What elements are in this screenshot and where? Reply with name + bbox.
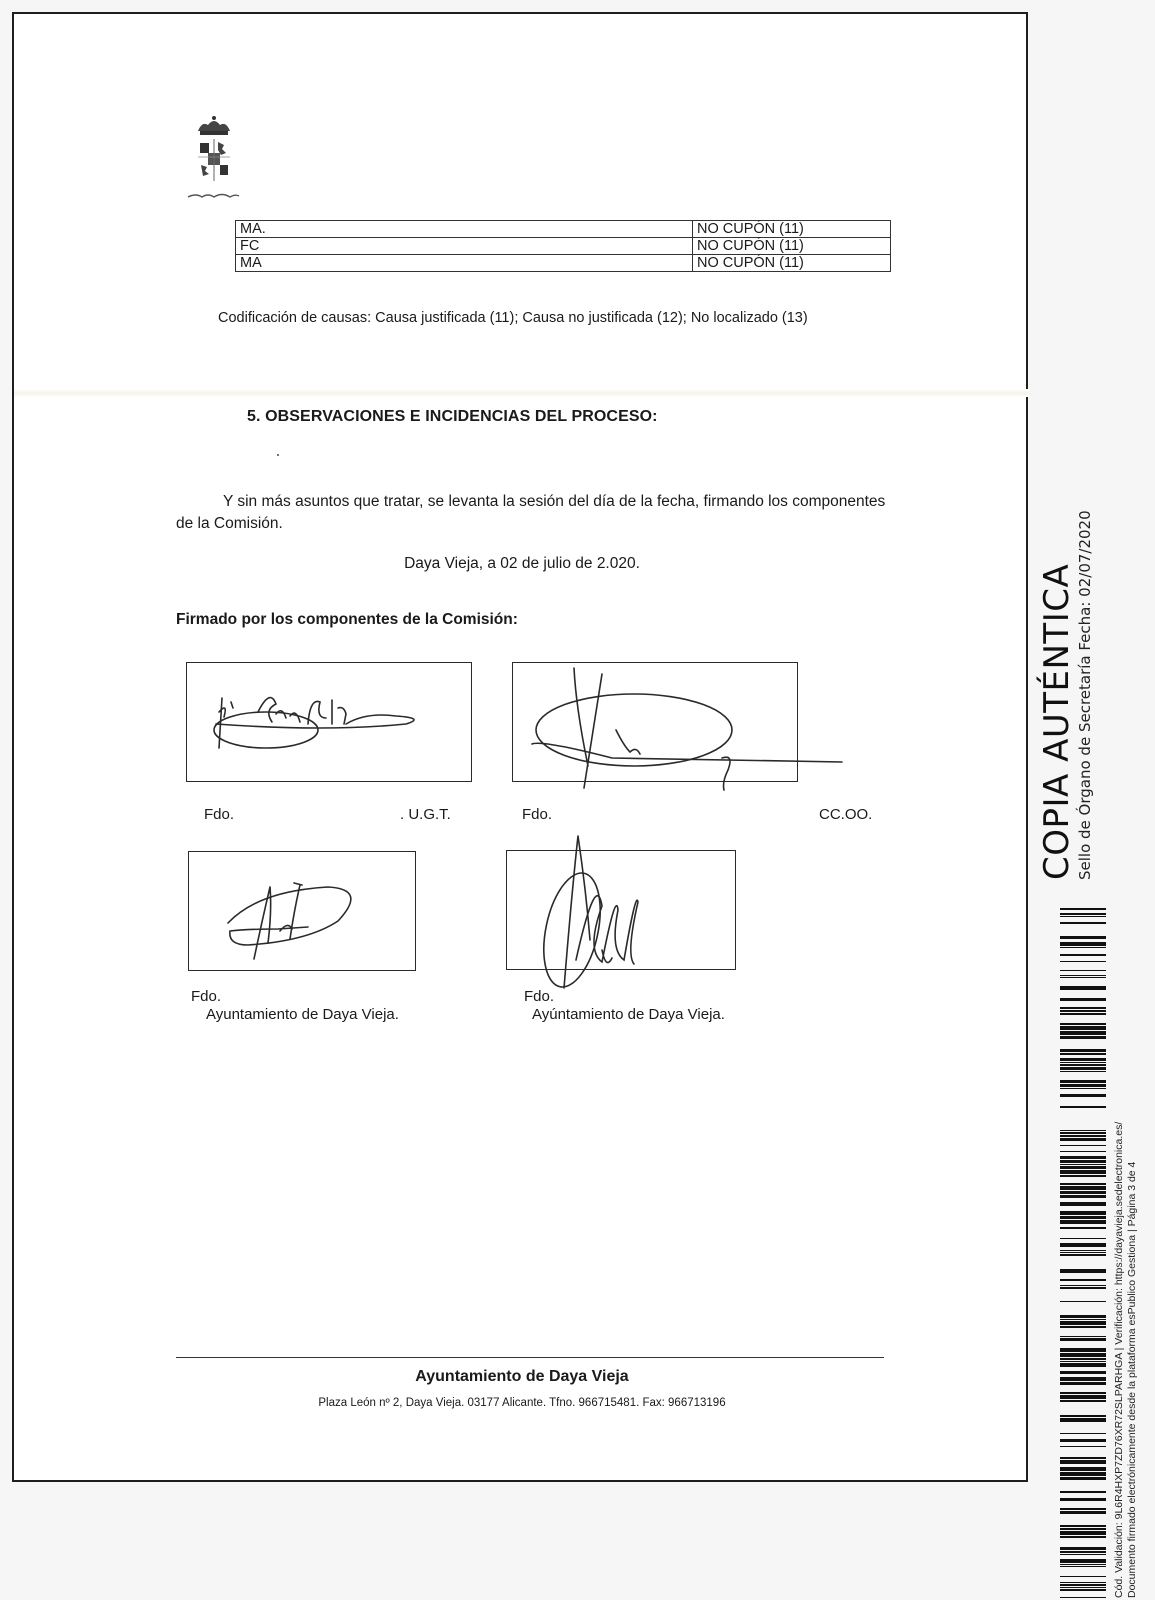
signature-ccoo — [512, 662, 872, 812]
signature-ayuntamiento-1 — [188, 851, 428, 991]
person-cell: MA. — [236, 221, 693, 238]
cause-cell: NO CUPÓN (11) — [693, 221, 891, 238]
signature-entity: CC.OO. — [819, 806, 872, 823]
person-cell: MA — [236, 255, 693, 272]
signature-fdo: Fdo. — [522, 806, 552, 823]
footer-divider — [176, 1357, 884, 1358]
footer-organization: Ayuntamiento de Daya Vieja — [14, 1368, 1030, 1386]
causes-table: MA. NO CUPÓN (11) FC NO CUPÓN (11) MA NO… — [235, 220, 891, 272]
person-cell: FC — [236, 238, 693, 255]
table-row: MA. NO CUPÓN (11) — [236, 221, 891, 238]
signed-by-heading: Firmado por los componentes de la Comisi… — [176, 611, 518, 629]
section-heading: 5. OBSERVACIONES E INCIDENCIAS DEL PROCE… — [247, 408, 658, 426]
signature-entity: Ayuntamiento de Daya Vieja. — [206, 1006, 399, 1023]
stamp-title: COPIA AUTÉNTICA — [1037, 564, 1077, 880]
cause-cell: NO CUPÓN (11) — [693, 238, 891, 255]
coat-of-arms-icon — [184, 109, 244, 209]
signature-fdo: Fdo. — [191, 988, 221, 1005]
cause-cell: NO CUPÓN (11) — [693, 255, 891, 272]
signature-entity: Ayúntamiento de Daya Vieja. — [532, 1006, 725, 1023]
barcode-icon — [1060, 908, 1106, 1598]
signature-ugt — [186, 662, 486, 792]
table-row: FC NO CUPÓN (11) — [236, 238, 891, 255]
footer-address: Plaza León nº 2, Daya Vieja. 03177 Alica… — [14, 1397, 1030, 1409]
signature-fdo: Fdo. — [524, 988, 554, 1005]
closing-paragraph: Y sin más asuntos que tratar, se levanta… — [176, 491, 888, 535]
stamp-subtitle: Sello de Órgano de Secretaría Fecha: 02/… — [1076, 510, 1094, 880]
stray-mark — [277, 454, 279, 456]
causes-legend: Codificación de causas: Causa justificad… — [218, 310, 808, 326]
place-date: Daya Vieja, a 02 de julio de 2.020. — [14, 555, 1030, 573]
platform-line: Documento firmado electrónicamente desde… — [1126, 1162, 1138, 1598]
signature-fdo: Fdo. — [204, 806, 234, 823]
validation-code-line[interactable]: Cód. Validación: 9L6R4HXP7ZD76XR72SLPARH… — [1113, 1122, 1125, 1598]
document-page: MA. NO CUPÓN (11) FC NO CUPÓN (11) MA NO… — [12, 12, 1028, 1482]
signature-ayuntamiento-2 — [506, 850, 746, 1010]
table-row: MA NO CUPÓN (11) — [236, 255, 891, 272]
signature-entity: . U.G.T. — [400, 806, 451, 823]
scan-artifact — [14, 389, 1030, 397]
